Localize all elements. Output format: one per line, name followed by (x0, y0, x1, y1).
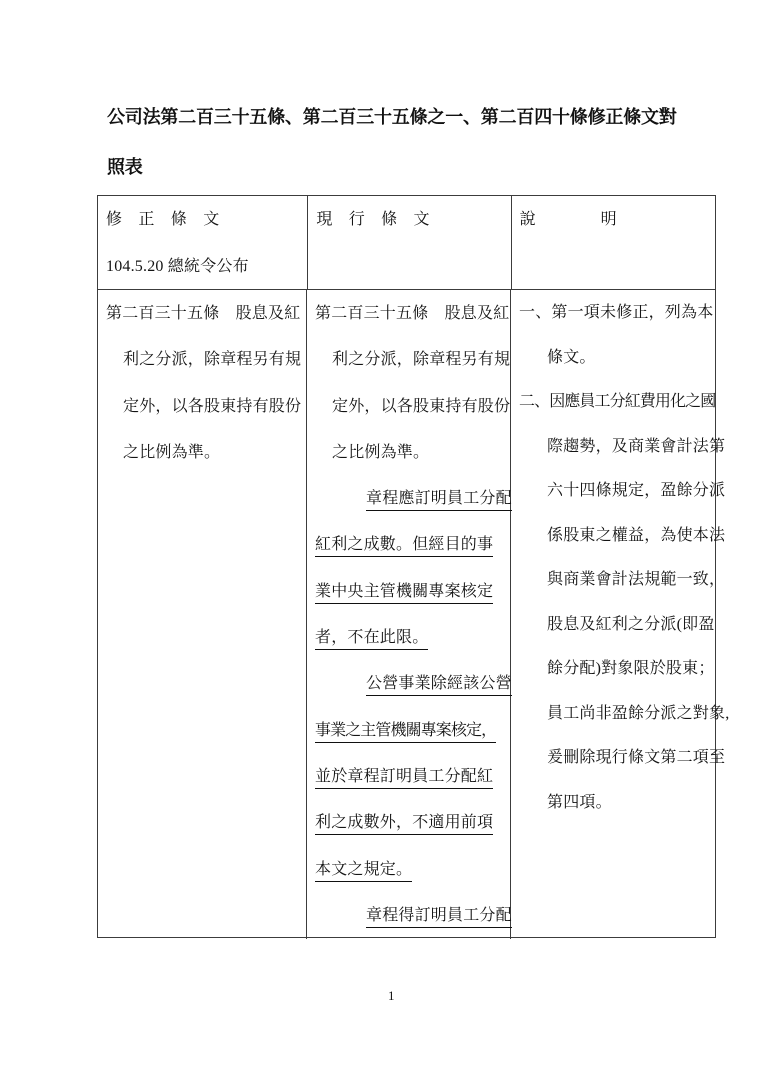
text-line: 際趨勢，及商業會計法第 (547, 425, 713, 470)
text-line: 紅利之成數。但經目的事 (315, 522, 508, 568)
text-line: 二、因應員工分紅費用化之國 (519, 380, 713, 425)
document-title-line2: 照表 (107, 153, 143, 179)
text-line: 章程得訂明員工分配 (366, 893, 508, 939)
current-column-label: 現 行 條 文 (316, 197, 508, 244)
document-page: 公司法第二百三十五條、第二百三十五條之一、第二百四十條修正條文對 照表 修 正 … (0, 0, 768, 1087)
text-line: 員工尚非盈餘分派之對象, (547, 692, 713, 737)
explanation-column-label: 說 明 (520, 197, 713, 244)
text-line: 一、第一項未修正，列為本 (519, 291, 713, 336)
table-header-row: 修 正 條 文 104.5.20 總統令公布 現 行 條 文 說 明 (98, 196, 715, 290)
text-line: 之比例為準。 (123, 430, 304, 476)
text-line: 之比例為準。 (332, 430, 508, 476)
text-line: 業中央主管機關專案核定 (315, 569, 508, 615)
document-title-line1: 公司法第二百三十五條、第二百三十五條之一、第二百四十條修正條文對 (107, 103, 677, 129)
text-line: 定外，以各股東持有股份 (123, 384, 304, 430)
text-line: 條文。 (547, 336, 713, 381)
text-line: 第四項。 (547, 781, 713, 826)
text-line: 利之分派，除章程另有規 (332, 337, 508, 383)
explanation-text-cell: 一、第一項未修正，列為本條文。二、因應員工分紅費用化之國際趨勢，及商業會計法第六… (511, 290, 715, 939)
text-line: 章程應訂明員工分配 (366, 476, 508, 522)
text-line: 並於章程訂明員工分配紅 (315, 754, 508, 800)
header-cell-current: 現 行 條 文 (308, 196, 511, 289)
text-line: 餘分配)對象限於股東； (547, 647, 713, 692)
header-cell-amended: 修 正 條 文 104.5.20 總統令公布 (98, 196, 308, 289)
text-line: 第二百三十五條 股息及紅 (315, 291, 508, 337)
text-line: 本文之規定。 (315, 847, 508, 893)
text-line: 公營事業除經該公營 (366, 661, 508, 707)
text-line: 定外，以各股東持有股份 (332, 384, 508, 430)
text-line: 事業之主管機關專案核定， (315, 708, 508, 754)
text-line: 利之成數外，不適用前項 (315, 800, 508, 846)
amended-column-label: 修 正 條 文 (106, 197, 305, 244)
current-text-cell: 第二百三十五條 股息及紅利之分派，除章程另有規定外，以各股東持有股份之比例為準。… (307, 290, 511, 939)
page-number: 1 (388, 988, 395, 1004)
text-line: 利之分派，除章程另有規 (123, 337, 304, 383)
text-line: 爰刪除現行條文第二項至 (547, 736, 713, 781)
text-line: 股息及紅利之分派(即盈 (547, 603, 713, 648)
comparison-table: 修 正 條 文 104.5.20 總統令公布 現 行 條 文 說 明 第二百三十… (97, 195, 716, 938)
text-line: 與商業會計法規範一致， (547, 558, 713, 603)
text-line: 者，不在此限。 (315, 615, 508, 661)
text-line: 六十四條規定，盈餘分派 (547, 469, 713, 514)
header-cell-explanation: 說 明 (512, 196, 715, 289)
text-line: 第二百三十五條 股息及紅 (106, 291, 304, 337)
amended-text-cell: 第二百三十五條 股息及紅利之分派，除章程另有規定外，以各股東持有股份之比例為準。 (98, 290, 307, 939)
amended-column-subtitle: 104.5.20 總統令公布 (106, 244, 305, 291)
text-line: 係股東之權益，為使本法 (547, 514, 713, 559)
table-body-row: 第二百三十五條 股息及紅利之分派，除章程另有規定外，以各股東持有股份之比例為準。… (98, 290, 715, 939)
